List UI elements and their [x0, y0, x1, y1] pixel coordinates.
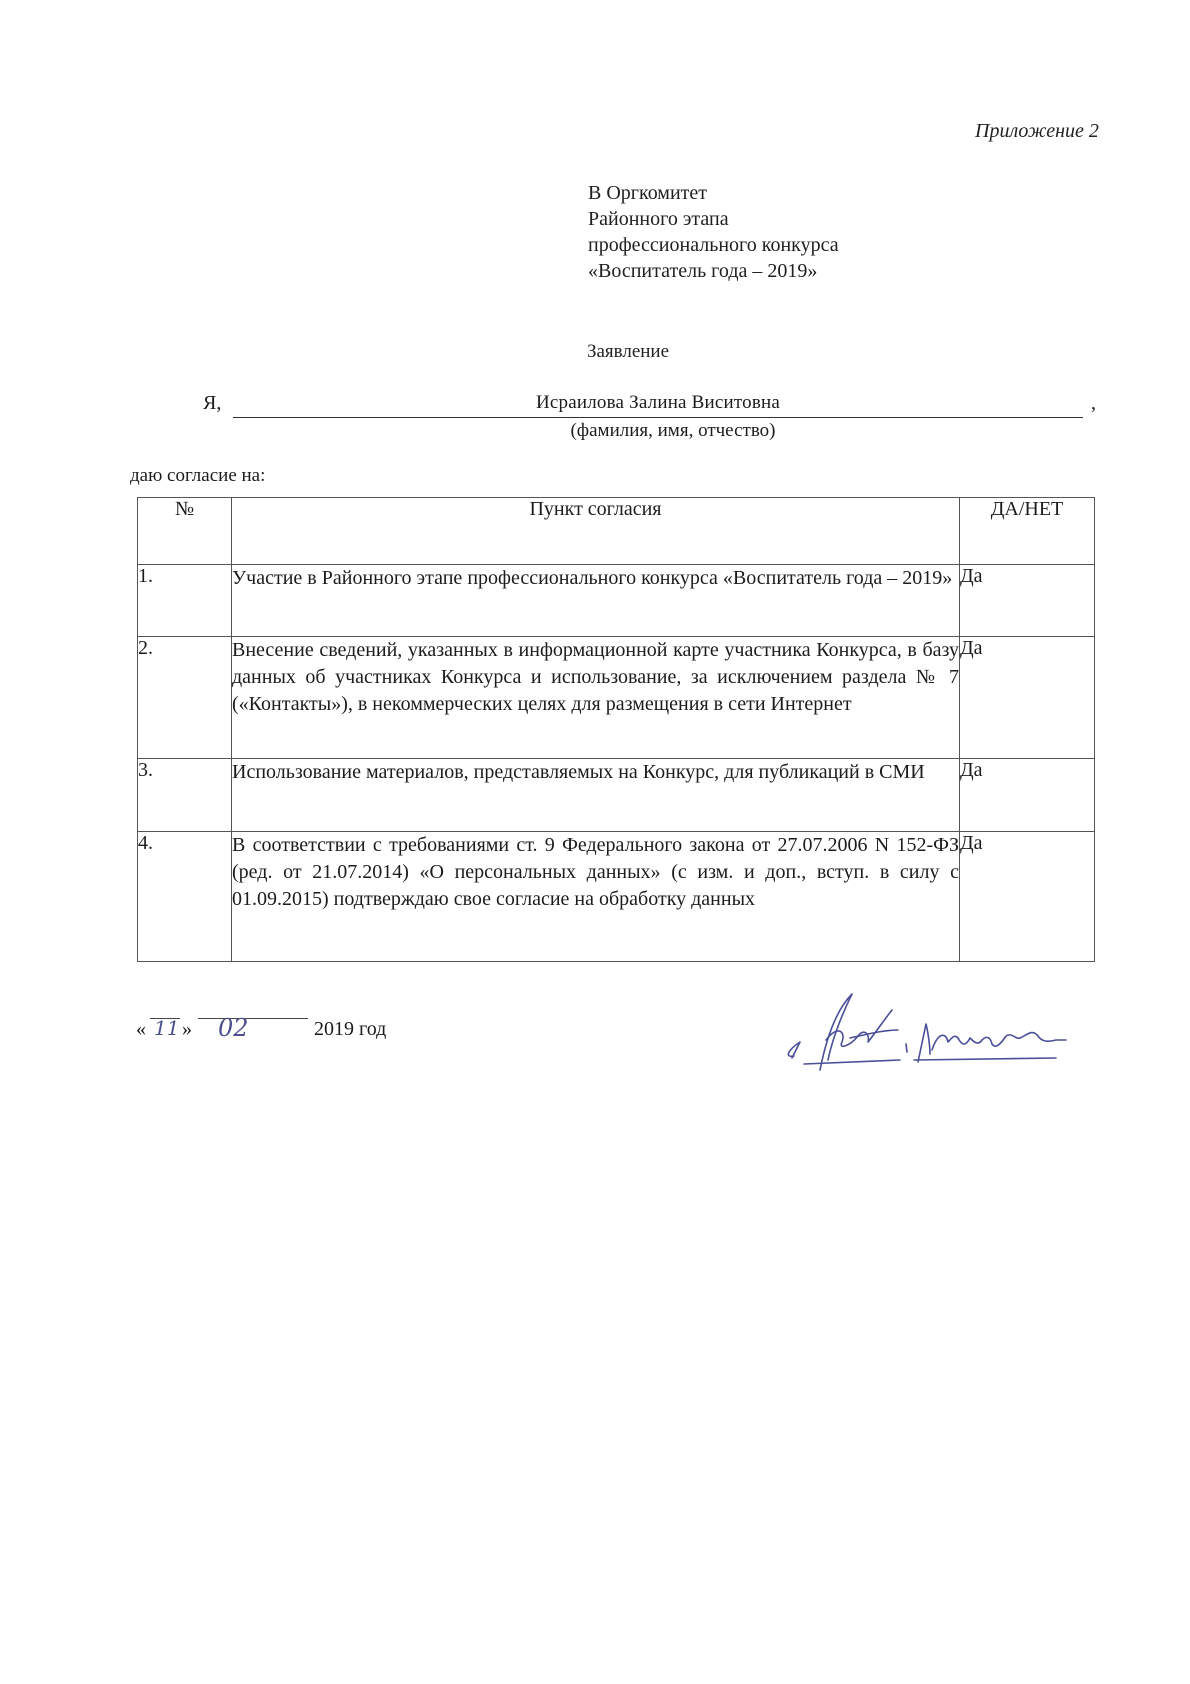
consent-table: № Пункт согласия ДА/НЕТ 1. Участие в Рай…: [137, 497, 1095, 962]
applicant-name-caption: (фамилия, имя, отчество): [203, 420, 1113, 442]
date-day: 11: [154, 1016, 179, 1040]
addressee-line: Районного этапа: [588, 206, 839, 232]
header-number: №: [138, 498, 232, 565]
applicant-name: Исраилова Залина Виситовна: [233, 392, 1083, 414]
consent-intro: даю согласие на:: [130, 465, 265, 487]
name-underline: [233, 417, 1083, 418]
appendix-label: Приложение 2: [975, 120, 1099, 143]
addressee-line: профессионального конкурса: [588, 232, 839, 258]
applicant-prefix: Я,: [203, 392, 221, 415]
header-yes-no: ДА/НЕТ: [960, 498, 1095, 565]
signature: [780, 980, 1120, 1080]
addressee-line: В Оргкомитет: [588, 180, 839, 206]
date-close-quote: »: [182, 1018, 192, 1041]
row-number: 3.: [138, 759, 232, 832]
row-answer: Да: [960, 832, 1095, 962]
addressee-line: «Воспитатель года – 2019»: [588, 258, 839, 284]
date-year: 2019 год: [314, 1018, 386, 1041]
row-item: Внесение сведений, указанных в информаци…: [232, 637, 960, 759]
addressee-block: В Оргкомитет Районного этапа профессиона…: [588, 180, 839, 284]
table-row: 2. Внесение сведений, указанных в информ…: [138, 637, 1095, 759]
row-answer: Да: [960, 637, 1095, 759]
row-number: 2.: [138, 637, 232, 759]
row-answer: Да: [960, 565, 1095, 637]
row-item: Участие в Районного этапе профессиональн…: [232, 565, 960, 637]
date-open-quote: «: [136, 1018, 146, 1041]
document-title: Заявление: [0, 341, 1190, 363]
signature-icon: [780, 980, 1120, 1080]
row-number: 1.: [138, 565, 232, 637]
applicant-name-line: Я, Исраилова Залина Виситовна ,: [203, 392, 1103, 422]
date-month: 02: [218, 1014, 249, 1042]
row-number: 4.: [138, 832, 232, 962]
row-answer: Да: [960, 759, 1095, 832]
applicant-suffix: ,: [1091, 392, 1096, 415]
date-line: « 11 » 02 2019 год: [136, 1018, 436, 1048]
table-row: 4. В соответствии с требованиями ст. 9 Ф…: [138, 832, 1095, 962]
date-month-underline: [198, 1018, 308, 1019]
table-row: 1. Участие в Районного этапе профессиона…: [138, 565, 1095, 637]
table-row: 3. Использование материалов, представляе…: [138, 759, 1095, 832]
table-header-row: № Пункт согласия ДА/НЕТ: [138, 498, 1095, 565]
row-item: Использование материалов, представляемых…: [232, 759, 960, 832]
header-item: Пункт согласия: [232, 498, 960, 565]
row-item: В соответствии с требованиями ст. 9 Феде…: [232, 832, 960, 962]
